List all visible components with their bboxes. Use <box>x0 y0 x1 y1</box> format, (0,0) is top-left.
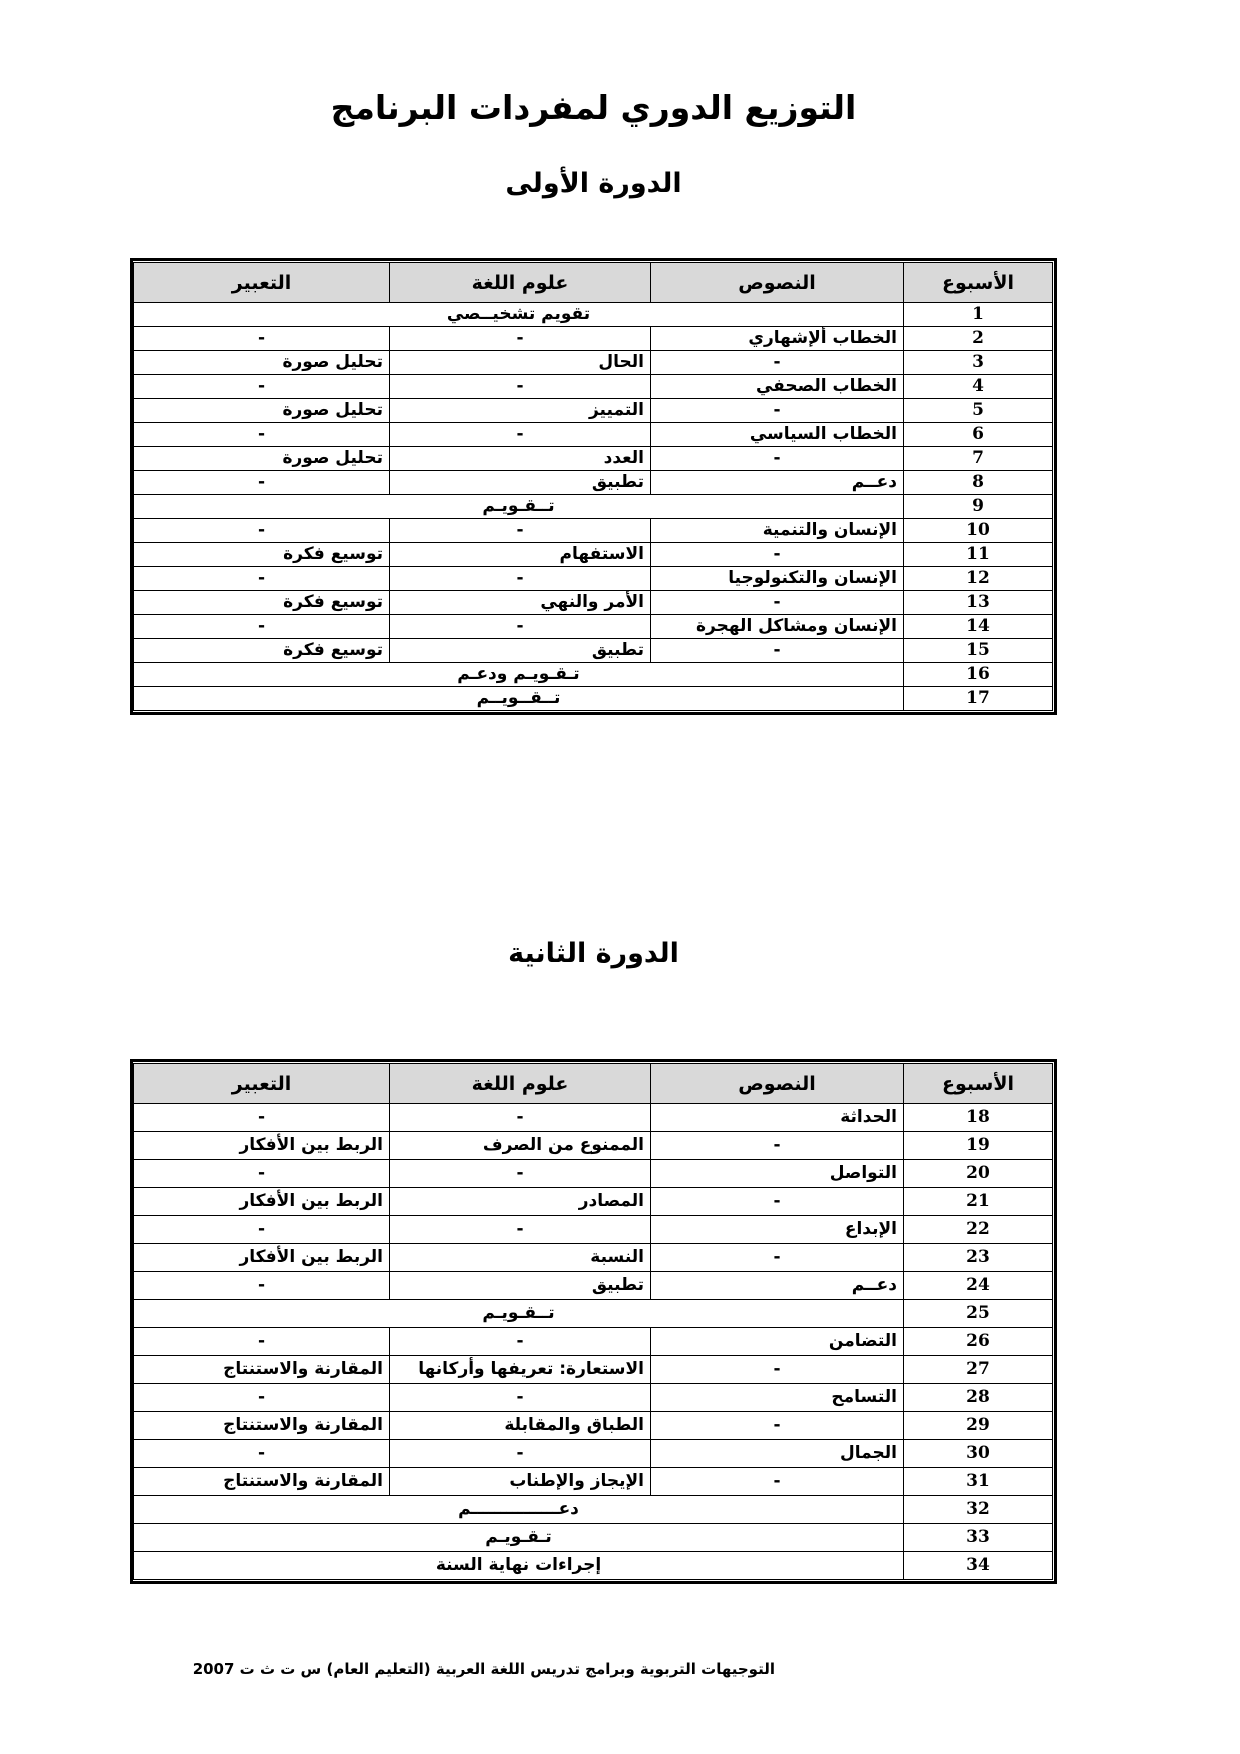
merged-activity-cell: إجراءات نهاية السنة <box>134 1552 904 1580</box>
table-row: 1تقويم تشخيــصي <box>134 303 1053 327</box>
texts-cell: - <box>651 447 904 471</box>
table-row: 33تـقـويـم <box>134 1524 1053 1552</box>
table-row: 9تــقـويـم <box>134 495 1053 519</box>
table-row: 7-العددتحليل صورة <box>134 447 1053 471</box>
texts-cell: - <box>651 351 904 375</box>
texts-cell: الخطاب ألإشهاري <box>651 327 904 351</box>
week-number-cell: 21 <box>904 1188 1053 1216</box>
expression-cell: تحليل صورة <box>134 399 390 423</box>
document-title: التوزيع الدوري لمفردات البرنامج <box>130 88 1057 127</box>
table-row: 4الخطاب الصحفي-- <box>134 375 1053 399</box>
week-number-cell: 28 <box>904 1384 1053 1412</box>
texts-cell: الإبداع <box>651 1216 904 1244</box>
expression-cell: - <box>134 615 390 639</box>
texts-cell: دعــم <box>651 471 904 495</box>
merged-activity-cell: تقويم تشخيــصي <box>134 303 904 327</box>
language-sciences-cell: العدد <box>390 447 651 471</box>
expression-cell: المقارنة والاستنتاج <box>134 1356 390 1384</box>
week-number-cell: 2 <box>904 327 1053 351</box>
expression-cell: توسيع فكرة <box>134 591 390 615</box>
table-header: الأسبوع النصوص علوم اللغة التعبير <box>134 263 1053 303</box>
table-row: 12الإنسان والتكنولوجيا-- <box>134 567 1053 591</box>
table-row: 23-النسبةالربط بين الأفكار <box>134 1244 1053 1272</box>
texts-cell: الخطاب السياسي <box>651 423 904 447</box>
texts-cell: - <box>651 399 904 423</box>
language-sciences-cell: - <box>390 567 651 591</box>
first-period-table: الأسبوع النصوص علوم اللغة التعبير 1تقويم… <box>130 258 1057 715</box>
language-sciences-cell: - <box>390 1160 651 1188</box>
texts-cell: دعــم <box>651 1272 904 1300</box>
table-row: 6الخطاب السياسي-- <box>134 423 1053 447</box>
week-number-cell: 15 <box>904 639 1053 663</box>
week-number-cell: 20 <box>904 1160 1053 1188</box>
expression-cell: الربط بين الأفكار <box>134 1244 390 1272</box>
language-sciences-column-header: علوم اللغة <box>390 263 651 303</box>
week-number-cell: 17 <box>904 687 1053 711</box>
second-period-table: الأسبوع النصوص علوم اللغة التعبير 18الحد… <box>130 1059 1057 1584</box>
week-number-cell: 31 <box>904 1468 1053 1496</box>
expression-cell: - <box>134 471 390 495</box>
expression-cell: توسيع فكرة <box>134 639 390 663</box>
table-body: 18الحداثة--19-الممنوع من الصرفالربط بين … <box>134 1104 1053 1580</box>
texts-column-header: النصوص <box>651 1064 904 1104</box>
table-row: 34إجراءات نهاية السنة <box>134 1552 1053 1580</box>
table-row: 18الحداثة-- <box>134 1104 1053 1132</box>
language-sciences-cell: - <box>390 423 651 447</box>
language-sciences-cell: - <box>390 1384 651 1412</box>
expression-cell: المقارنة والاستنتاج <box>134 1412 390 1440</box>
week-number-cell: 13 <box>904 591 1053 615</box>
week-number-cell: 23 <box>904 1244 1053 1272</box>
table-row: 16تـقـويـم ودعـم <box>134 663 1053 687</box>
texts-cell: - <box>651 1132 904 1160</box>
week-number-cell: 6 <box>904 423 1053 447</box>
expression-cell: المقارنة والاستنتاج <box>134 1468 390 1496</box>
table-header: الأسبوع النصوص علوم اللغة التعبير <box>134 1064 1053 1104</box>
language-sciences-cell: - <box>390 375 651 399</box>
expression-cell: - <box>134 567 390 591</box>
table-row: 22الإبداع-- <box>134 1216 1053 1244</box>
language-sciences-cell: - <box>390 615 651 639</box>
table-row: 19-الممنوع من الصرفالربط بين الأفكار <box>134 1132 1053 1160</box>
texts-cell: - <box>651 1188 904 1216</box>
week-number-cell: 34 <box>904 1552 1053 1580</box>
language-sciences-cell: الممنوع من الصرف <box>390 1132 651 1160</box>
table-row: 14الإنسان ومشاكل الهجرة-- <box>134 615 1053 639</box>
week-number-cell: 27 <box>904 1356 1053 1384</box>
merged-activity-cell: تــقـويـم <box>134 495 904 519</box>
texts-cell: الحداثة <box>651 1104 904 1132</box>
texts-cell: الجمال <box>651 1440 904 1468</box>
expression-cell: - <box>134 327 390 351</box>
language-sciences-cell: الاستفهام <box>390 543 651 567</box>
table-row: 26التضامن-- <box>134 1328 1053 1356</box>
texts-cell: الإنسان ومشاكل الهجرة <box>651 615 904 639</box>
week-number-cell: 9 <box>904 495 1053 519</box>
expression-cell: - <box>134 375 390 399</box>
language-sciences-cell: المصادر <box>390 1188 651 1216</box>
expression-cell: - <box>134 1328 390 1356</box>
texts-cell: - <box>651 1412 904 1440</box>
texts-cell: التسامح <box>651 1384 904 1412</box>
table-row: 32دعـــــــــــــــم <box>134 1496 1053 1524</box>
week-number-cell: 18 <box>904 1104 1053 1132</box>
expression-cell: الربط بين الأفكار <box>134 1188 390 1216</box>
expression-column-header: التعبير <box>134 1064 390 1104</box>
table-row: 2الخطاب ألإشهاري-- <box>134 327 1053 351</box>
document-page: التوزيع الدوري لمفردات البرنامج الدورة ا… <box>0 0 1240 1754</box>
language-sciences-cell: النسبة <box>390 1244 651 1272</box>
expression-cell: - <box>134 1272 390 1300</box>
expression-cell: - <box>134 1160 390 1188</box>
week-number-cell: 12 <box>904 567 1053 591</box>
table-row: 15-تطبيقتوسيع فكرة <box>134 639 1053 663</box>
week-number-cell: 16 <box>904 663 1053 687</box>
week-number-cell: 5 <box>904 399 1053 423</box>
week-number-cell: 22 <box>904 1216 1053 1244</box>
language-sciences-cell: - <box>390 1104 651 1132</box>
merged-activity-cell: دعـــــــــــــــم <box>134 1496 904 1524</box>
texts-cell: - <box>651 1468 904 1496</box>
merged-activity-cell: تـقـويـم ودعـم <box>134 663 904 687</box>
table-row: 11-الاستفهامتوسيع فكرة <box>134 543 1053 567</box>
texts-cell: - <box>651 543 904 567</box>
week-number-cell: 26 <box>904 1328 1053 1356</box>
week-number-cell: 24 <box>904 1272 1053 1300</box>
week-number-cell: 8 <box>904 471 1053 495</box>
expression-cell: - <box>134 519 390 543</box>
expression-cell: - <box>134 423 390 447</box>
language-sciences-column-header: علوم اللغة <box>390 1064 651 1104</box>
week-number-cell: 1 <box>904 303 1053 327</box>
language-sciences-cell: تطبيق <box>390 1272 651 1300</box>
language-sciences-cell: الطباق والمقابلة <box>390 1412 651 1440</box>
texts-cell: التضامن <box>651 1328 904 1356</box>
expression-column-header: التعبير <box>134 263 390 303</box>
merged-activity-cell: تــقـويـم <box>134 1300 904 1328</box>
texts-cell: - <box>651 591 904 615</box>
table-row: 5-التمييزتحليل صورة <box>134 399 1053 423</box>
table-row: 10الإنسان والتنمية-- <box>134 519 1053 543</box>
table-row: 31-الإيجاز والإطنابالمقارنة والاستنتاج <box>134 1468 1053 1496</box>
week-number-cell: 10 <box>904 519 1053 543</box>
table-row: 17تــقــويــم <box>134 687 1053 711</box>
table-row: 29-الطباق والمقابلةالمقارنة والاستنتاج <box>134 1412 1053 1440</box>
week-number-cell: 7 <box>904 447 1053 471</box>
second-period-table-grid: الأسبوع النصوص علوم اللغة التعبير 18الحد… <box>133 1063 1053 1580</box>
texts-cell: الخطاب الصحفي <box>651 375 904 399</box>
header-row: الأسبوع النصوص علوم اللغة التعبير <box>134 1064 1053 1104</box>
table-row: 3-الحالتحليل صورة <box>134 351 1053 375</box>
expression-cell: الربط بين الأفكار <box>134 1132 390 1160</box>
expression-cell: تحليل صورة <box>134 447 390 471</box>
texts-cell: الإنسان والتكنولوجيا <box>651 567 904 591</box>
expression-cell: - <box>134 1104 390 1132</box>
table-row: 24دعــمتطبيق- <box>134 1272 1053 1300</box>
table-body: 1تقويم تشخيــصي2الخطاب ألإشهاري--3-الحال… <box>134 303 1053 711</box>
table-row: 8دعــمتطبيق- <box>134 471 1053 495</box>
language-sciences-cell: - <box>390 327 651 351</box>
merged-activity-cell: تـقـويـم <box>134 1524 904 1552</box>
texts-cell: التواصل <box>651 1160 904 1188</box>
table-row: 30الجمال-- <box>134 1440 1053 1468</box>
language-sciences-cell: التمييز <box>390 399 651 423</box>
texts-cell: - <box>651 639 904 663</box>
expression-cell: تحليل صورة <box>134 351 390 375</box>
texts-cell: الإنسان والتنمية <box>651 519 904 543</box>
week-number-cell: 29 <box>904 1412 1053 1440</box>
week-number-cell: 4 <box>904 375 1053 399</box>
language-sciences-cell: - <box>390 519 651 543</box>
table-row: 25تــقـويـم <box>134 1300 1053 1328</box>
merged-activity-cell: تــقــويــم <box>134 687 904 711</box>
language-sciences-cell: - <box>390 1328 651 1356</box>
expression-cell: - <box>134 1216 390 1244</box>
texts-cell: - <box>651 1244 904 1272</box>
week-number-cell: 3 <box>904 351 1053 375</box>
section-title-first-period: الدورة الأولى <box>130 168 1057 199</box>
week-number-cell: 32 <box>904 1496 1053 1524</box>
week-number-cell: 11 <box>904 543 1053 567</box>
language-sciences-cell: الأمر والنهي <box>390 591 651 615</box>
expression-cell: توسيع فكرة <box>134 543 390 567</box>
texts-column-header: النصوص <box>651 263 904 303</box>
language-sciences-cell: تطبيق <box>390 471 651 495</box>
language-sciences-cell: الاستعارة: تعريفها وأركانها <box>390 1356 651 1384</box>
section-title-second-period: الدورة الثانية <box>130 938 1057 969</box>
table-row: 13-الأمر والنهيتوسيع فكرة <box>134 591 1053 615</box>
table-row: 27-الاستعارة: تعريفها وأركانهاالمقارنة و… <box>134 1356 1053 1384</box>
week-number-cell: 30 <box>904 1440 1053 1468</box>
week-number-cell: 25 <box>904 1300 1053 1328</box>
week-column-header: الأسبوع <box>904 1064 1053 1104</box>
first-period-table-grid: الأسبوع النصوص علوم اللغة التعبير 1تقويم… <box>133 262 1053 711</box>
expression-cell: - <box>134 1384 390 1412</box>
week-number-cell: 33 <box>904 1524 1053 1552</box>
table-row: 28التسامح-- <box>134 1384 1053 1412</box>
header-row: الأسبوع النصوص علوم اللغة التعبير <box>134 263 1053 303</box>
table-row: 21-المصادرالربط بين الأفكار <box>134 1188 1053 1216</box>
language-sciences-cell: - <box>390 1216 651 1244</box>
language-sciences-cell: - <box>390 1440 651 1468</box>
expression-cell: - <box>134 1440 390 1468</box>
language-sciences-cell: الحال <box>390 351 651 375</box>
week-column-header: الأسبوع <box>904 263 1053 303</box>
table-row: 20التواصل-- <box>134 1160 1053 1188</box>
page-footer: التوجيهات التربوية وبرامج تدريس اللغة ال… <box>75 1660 775 1678</box>
week-number-cell: 19 <box>904 1132 1053 1160</box>
texts-cell: - <box>651 1356 904 1384</box>
language-sciences-cell: تطبيق <box>390 639 651 663</box>
week-number-cell: 14 <box>904 615 1053 639</box>
language-sciences-cell: الإيجاز والإطناب <box>390 1468 651 1496</box>
